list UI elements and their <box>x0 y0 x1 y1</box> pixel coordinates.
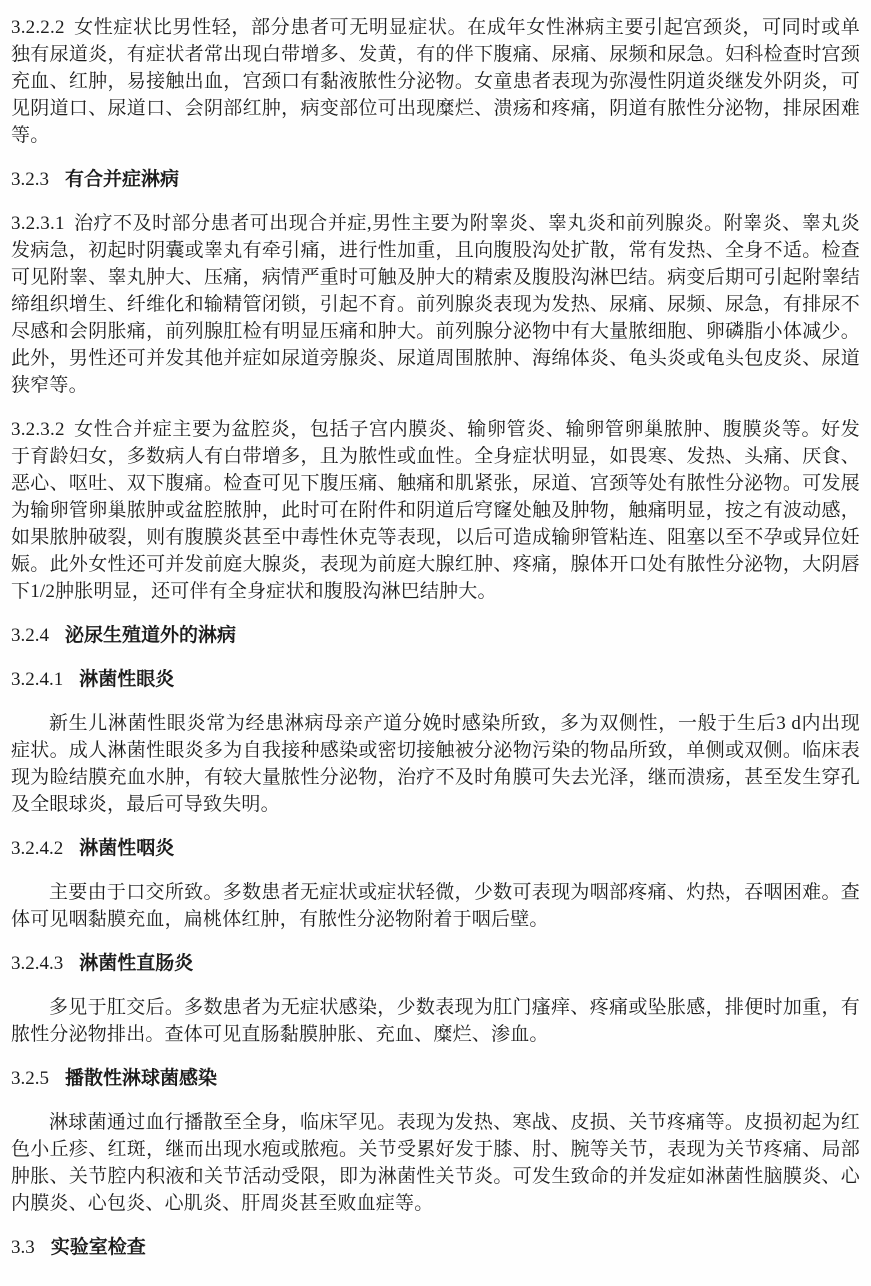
clause-3-2-2-2: 3.2.2.2女性症状比男性轻，部分患者可无明显症状。在成年女性淋病主要引起宫颈… <box>11 14 860 149</box>
heading-3-2-4: 3.2.4泌尿生殖道外的淋病 <box>11 622 860 649</box>
clause-3-2-3-1: 3.2.3.1治疗不及时部分患者可出现合并症,男性主要为附睾炎、睾丸炎和前列腺炎… <box>11 210 860 399</box>
heading-title: 实验室检查 <box>51 1237 146 1258</box>
heading-number: 3.3 <box>11 1237 35 1258</box>
heading-number: 3.2.4.3 <box>11 953 63 974</box>
heading-3-2-4-2: 3.2.4.2淋菌性咽炎 <box>11 835 860 862</box>
heading-title: 有合并症淋病 <box>65 169 179 190</box>
clause-text: 治疗不及时部分患者可出现合并症,男性主要为附睾炎、睾丸炎和前列腺炎。附睾炎、睾丸… <box>11 213 860 396</box>
heading-number: 3.2.3 <box>11 169 49 190</box>
clause-text: 女性症状比男性轻，部分患者可无明显症状。在成年女性淋病主要引起宫颈炎，可同时或单… <box>11 17 860 146</box>
clause-text: 女性合并症主要为盆腔炎，包括子宫内膜炎、输卵管炎、输卵管卵巢脓肿、腹膜炎等。好发… <box>11 419 860 602</box>
heading-number: 3.2.5 <box>11 1068 49 1089</box>
paragraph-gonococcal-proctitis: 多见于肛交后。多数患者为无症状感染，少数表现为肛门瘙痒、疼痛或坠胀感，排便时加重… <box>11 994 860 1048</box>
heading-title: 泌尿生殖道外的淋病 <box>65 625 236 646</box>
heading-title: 淋菌性咽炎 <box>79 838 174 859</box>
paragraph-disseminated-gonococcal-infection: 淋球菌通过血行播散至全身，临床罕见。表现为发热、寒战、皮损、关节疼痛等。皮损初起… <box>11 1109 860 1217</box>
clause-number: 3.2.3.2 <box>11 419 65 440</box>
heading-3-3: 3.3实验室检查 <box>11 1234 860 1261</box>
heading-number: 3.2.4 <box>11 625 49 646</box>
heading-3-2-4-3: 3.2.4.3淋菌性直肠炎 <box>11 950 860 977</box>
heading-3-2-5: 3.2.5播散性淋球菌感染 <box>11 1065 860 1092</box>
paragraph-gonococcal-pharyngitis: 主要由于口交所致。多数患者无症状或症状轻微，少数可表现为咽部疼痛、灼热，吞咽困难… <box>11 879 860 933</box>
clause-number: 3.2.2.2 <box>11 17 65 38</box>
heading-number: 3.2.4.1 <box>11 669 63 690</box>
heading-number: 3.2.4.2 <box>11 838 63 859</box>
clause-number: 3.2.3.1 <box>11 213 65 234</box>
paragraph-gonococcal-ophthalmia: 新生儿淋菌性眼炎常为经患淋病母亲产道分娩时感染所致，多为双侧性，一般于生后3 d… <box>11 710 860 818</box>
heading-3-2-3: 3.2.3有合并症淋病 <box>11 166 860 193</box>
heading-title: 淋菌性直肠炎 <box>79 953 193 974</box>
heading-3-2-4-1: 3.2.4.1淋菌性眼炎 <box>11 666 860 693</box>
clause-3-2-3-2: 3.2.3.2女性合并症主要为盆腔炎，包括子宫内膜炎、输卵管炎、输卵管卵巢脓肿、… <box>11 416 860 605</box>
heading-title: 播散性淋球菌感染 <box>65 1068 217 1089</box>
heading-title: 淋菌性眼炎 <box>79 669 174 690</box>
document-page: 3.2.2.2女性症状比男性轻，部分患者可无明显症状。在成年女性淋病主要引起宫颈… <box>0 0 871 1286</box>
